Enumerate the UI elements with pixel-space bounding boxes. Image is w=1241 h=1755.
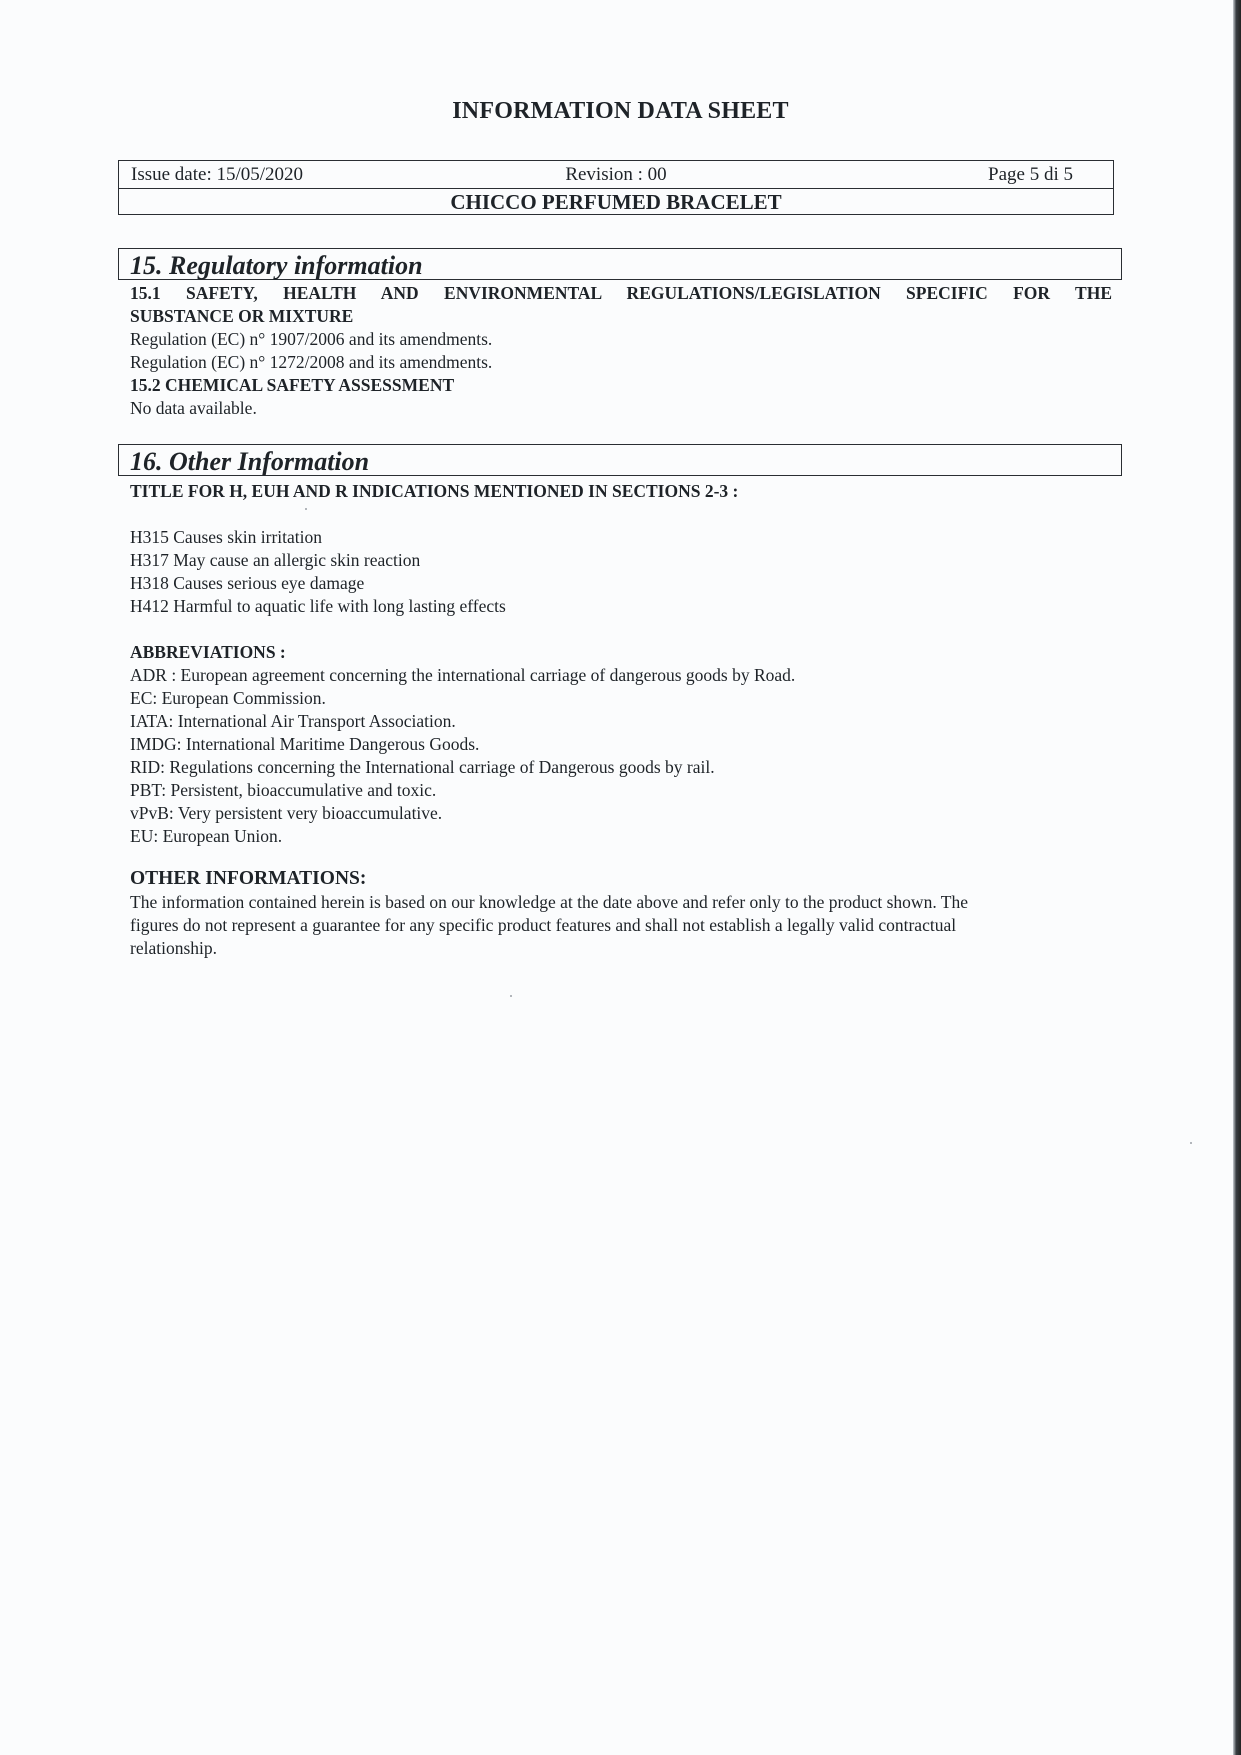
abbreviation-item: IATA: International Air Transport Associ…: [130, 710, 1112, 733]
document-title: INFORMATION DATA SHEET: [0, 98, 1241, 125]
other-informations-title: OTHER INFORMATIONS:: [130, 867, 1112, 891]
subsection-15-2-text: No data available.: [130, 397, 1112, 420]
subsection-15-2-title: 15.2 CHEMICAL SAFETY ASSESSMENT: [130, 374, 1112, 397]
hazard-statement: H315 Causes skin irritation: [130, 526, 1112, 549]
other-informations-text: figures do not represent a guarantee for…: [130, 914, 1112, 937]
regulation-line: Regulation (EC) n° 1272/2008 and its ame…: [130, 351, 1112, 374]
abbreviations-title: ABBREVIATIONS :: [130, 641, 1112, 664]
section-15-content: 15.1 SAFETY, HEALTH AND ENVIRONMENTAL RE…: [130, 282, 1112, 420]
section-16-heading: 16. Other Information: [118, 444, 1122, 476]
other-informations-text: relationship.: [130, 937, 1112, 960]
subsection-15-1-title-cont: SUBSTANCE OR MIXTURE: [130, 305, 1112, 328]
page-number: Page 5 di 5: [988, 161, 1073, 188]
section-15-heading: 15. Regulatory information: [118, 248, 1122, 280]
subsection-15-1-title: 15.1 SAFETY, HEALTH AND ENVIRONMENTAL RE…: [130, 282, 1112, 305]
abbreviation-item: PBT: Persistent, bioaccumulative and tox…: [130, 779, 1112, 802]
document-header: Issue date: 15/05/2020 Revision : 00 Pag…: [118, 160, 1114, 215]
abbreviation-item: ADR : European agreement concerning the …: [130, 664, 1112, 687]
hazard-statement: H318 Causes serious eye damage: [130, 572, 1112, 595]
abbreviation-item: IMDG: International Maritime Dangerous G…: [130, 733, 1112, 756]
header-meta-row: Issue date: 15/05/2020 Revision : 00 Pag…: [119, 161, 1113, 189]
scan-speck: [305, 508, 307, 510]
h-indications-title: TITLE FOR H, EUH AND R INDICATIONS MENTI…: [130, 480, 1112, 503]
product-name: CHICCO PERFUMED BRACELET: [119, 189, 1113, 215]
hazard-statement: H317 May cause an allergic skin reaction: [130, 549, 1112, 572]
abbreviation-item: RID: Regulations concerning the Internat…: [130, 756, 1112, 779]
section-16-content: TITLE FOR H, EUH AND R INDICATIONS MENTI…: [130, 480, 1112, 960]
regulation-line: Regulation (EC) n° 1907/2006 and its ame…: [130, 328, 1112, 351]
scan-edge: [1233, 0, 1241, 1755]
abbreviation-item: vPvB: Very persistent very bioaccumulati…: [130, 802, 1112, 825]
scan-speck: [1190, 1142, 1192, 1144]
other-informations-text: The information contained herein is base…: [130, 891, 1112, 914]
revision: Revision : 00: [119, 161, 1113, 188]
hazard-statement: H412 Harmful to aquatic life with long l…: [130, 595, 1112, 618]
abbreviation-item: EC: European Commission.: [130, 687, 1112, 710]
abbreviation-item: EU: European Union.: [130, 825, 1112, 848]
scan-speck: [510, 995, 512, 997]
